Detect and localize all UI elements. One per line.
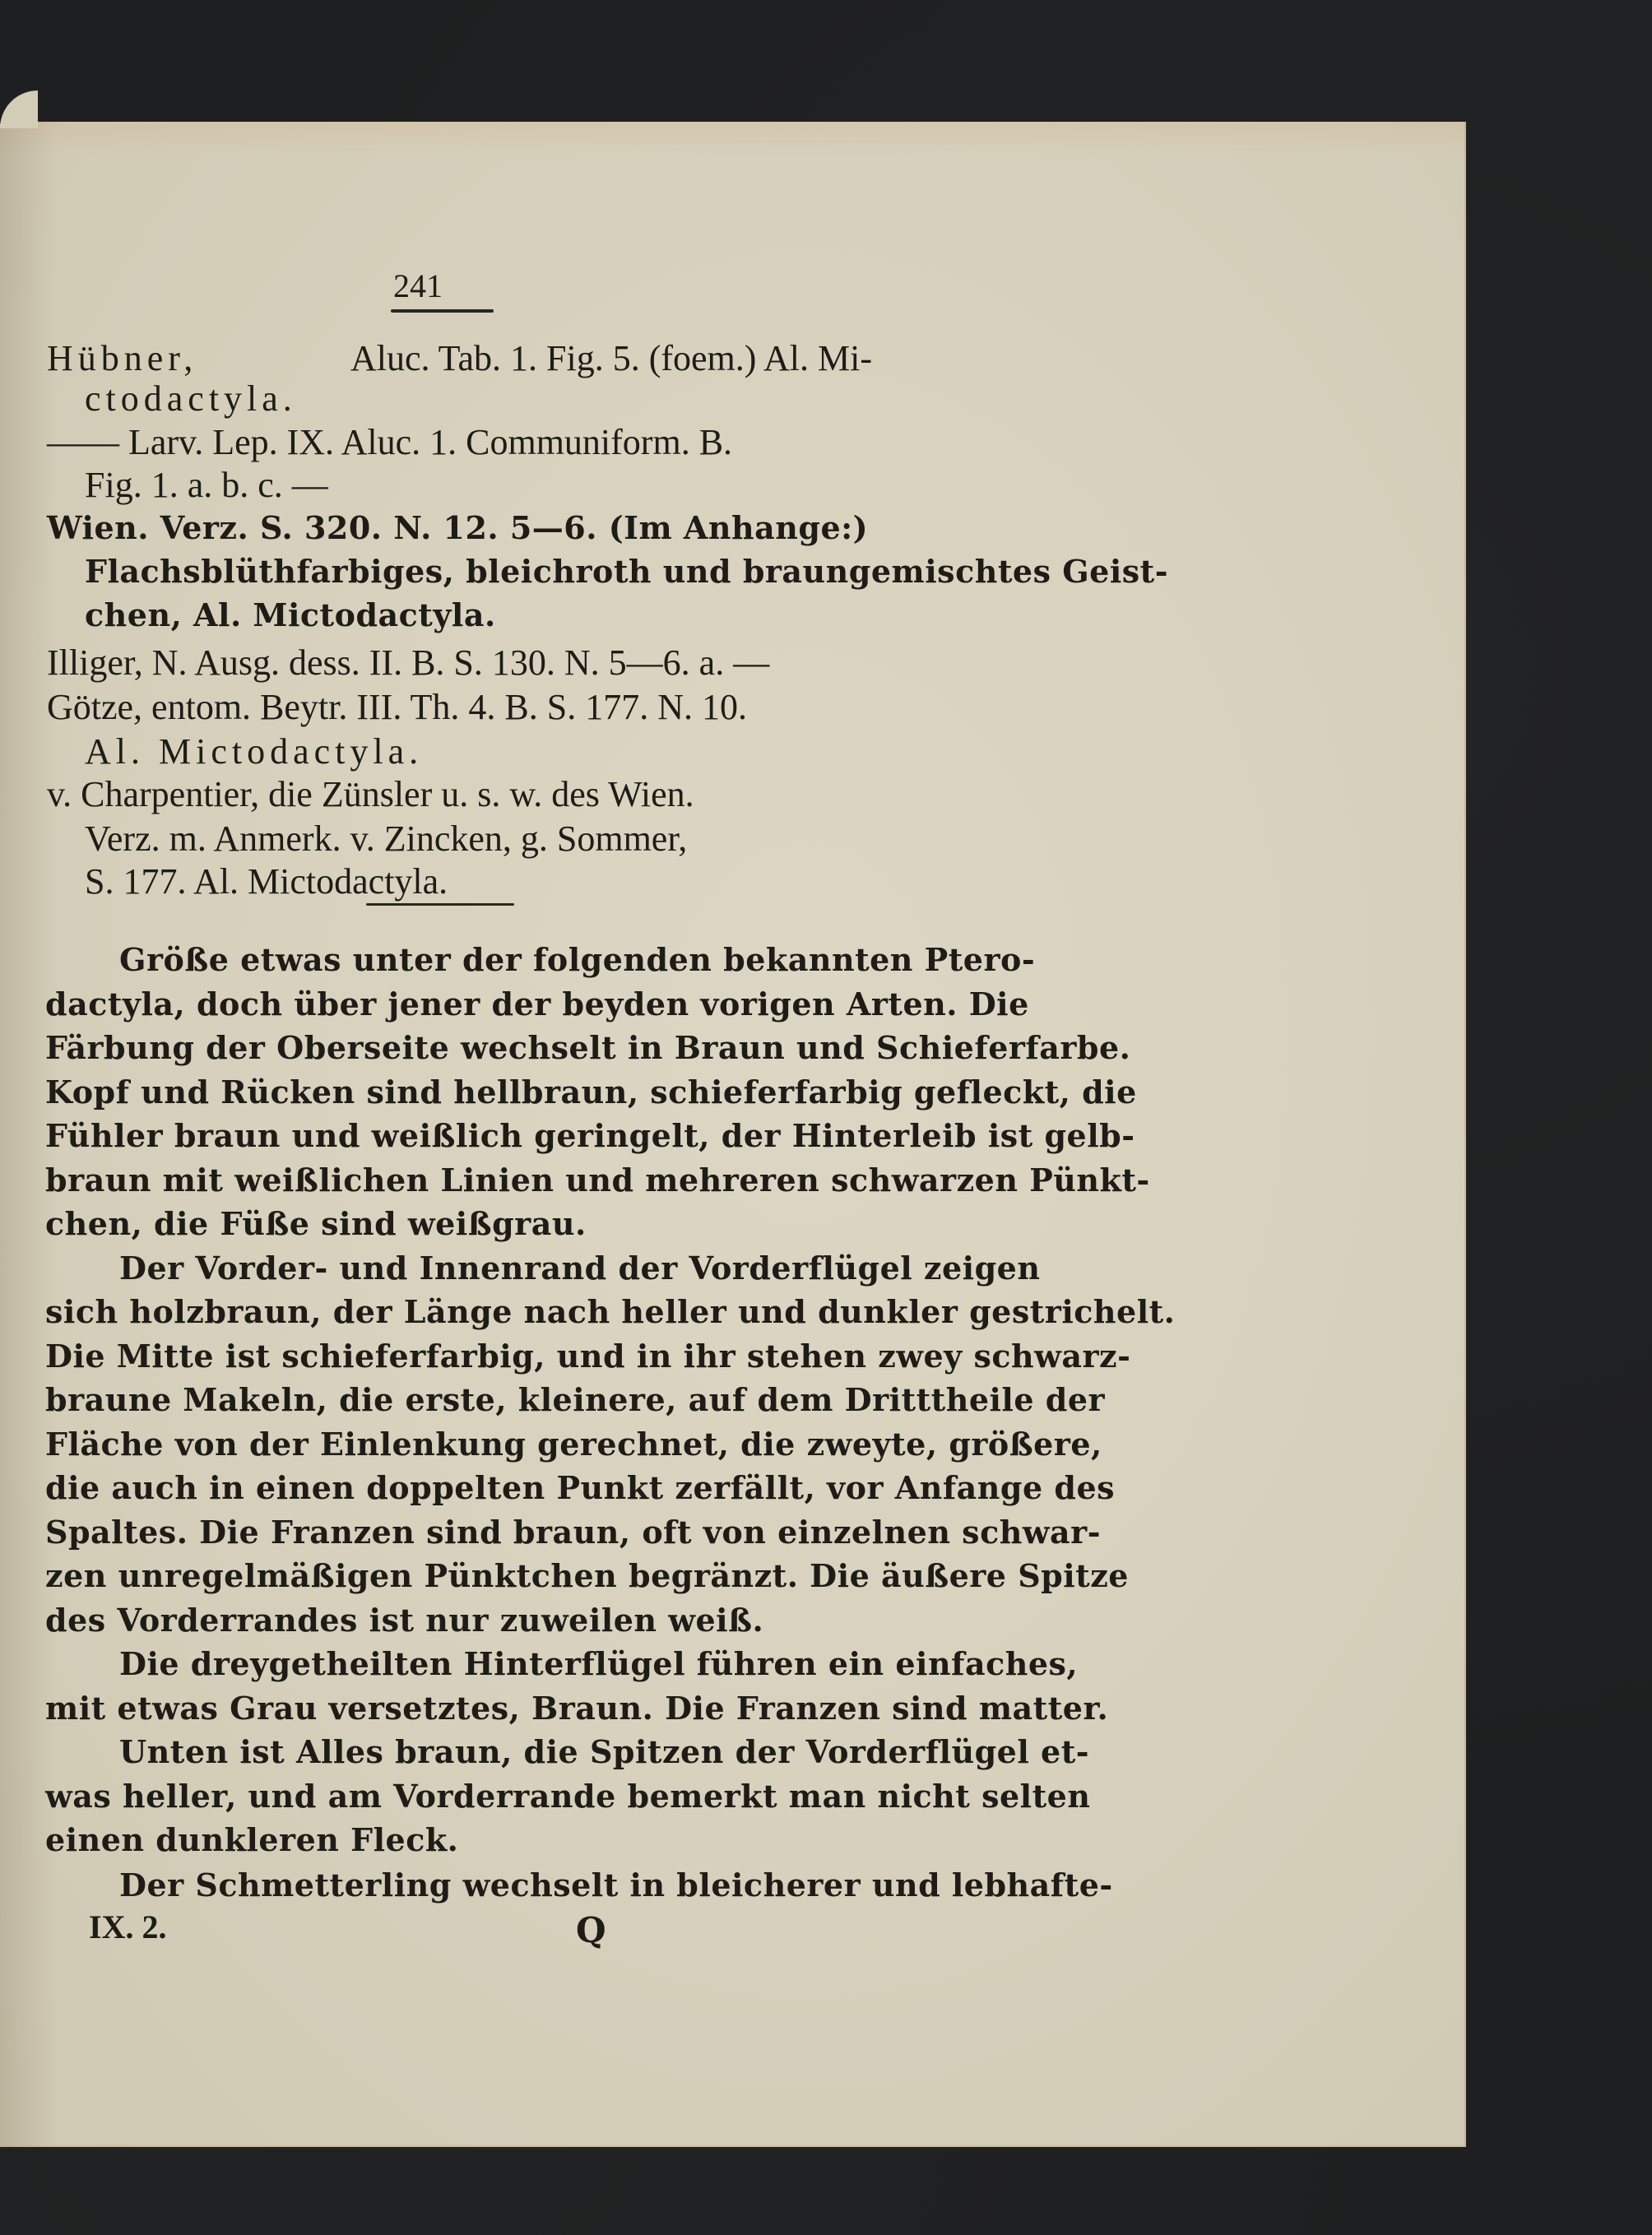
body-line: zen unregelmäßigen Pünktchen begränzt. D… xyxy=(45,1560,1129,1592)
book-page: 241 Hübner, Aluc. Tab. 1. Fig. 5. (foem.… xyxy=(0,122,1466,2147)
body-line: braune Makeln, die erste, kleinere, auf … xyxy=(45,1384,1105,1416)
reference-line: —— Larv. Lep. IX. Aluc. 1. Communiform. … xyxy=(47,424,872,461)
reference-line: Götze, entom. Beytr. III. Th. 4. B. S. 1… xyxy=(47,689,747,726)
reference-line: Illiger, N. Ausg. dess. II. B. S. 130. N… xyxy=(47,645,769,681)
body-line: dactyla, doch über jener der beyden vori… xyxy=(45,989,1029,1020)
reference-line: Flachsblüthfarbiges, bleichroth und brau… xyxy=(85,556,1168,587)
section-divider xyxy=(366,903,514,906)
reference-line: ctodactyla. xyxy=(85,381,297,417)
body-line: Färbung der Oberseite wechselt in Braun … xyxy=(45,1032,1130,1064)
body-line: Größe etwas unter der folgenden bekannte… xyxy=(119,944,1035,976)
reference-line: v. Charpentier, die Zünsler u. s. w. des… xyxy=(47,777,694,813)
signature-mark: IX. 2. xyxy=(89,1911,166,1944)
reference-line: Verz. m. Anmerk. v. Zincken, g. Sommer, xyxy=(85,821,687,857)
body-line: braun mit weißlichen Linien und mehreren… xyxy=(45,1165,1150,1196)
reference-line: chen, Al. Mictodactyla. xyxy=(85,600,496,631)
body-line: Fläche von der Einlenkung gerechnet, die… xyxy=(45,1429,1102,1460)
body-line: Der Schmetterling wechselt in bleicherer… xyxy=(119,1870,1113,1901)
body-line: Unten ist Alles braun, die Spitzen der V… xyxy=(119,1737,1089,1768)
body-line: die auch in einen doppelten Punkt zerfäl… xyxy=(45,1472,1115,1504)
body-line: des Vorderrandes ist nur zuweilen weiß. xyxy=(45,1605,763,1636)
reference-line: Fig. 1. a. b. c. — xyxy=(85,467,328,503)
reference-line: Wien. Verz. S. 320. N. 12. 5—6. (Im Anha… xyxy=(47,512,868,544)
body-line: sich holzbraun, der Länge nach heller un… xyxy=(45,1296,1175,1328)
body-line: chen, die Füße sind weißgrau. xyxy=(45,1208,587,1240)
body-line: Kopf und Rücken sind hellbraun, schiefer… xyxy=(45,1077,1137,1108)
page-number-rule xyxy=(391,309,494,313)
reference-line: Hübner, Aluc. Tab. 1. Fig. 5. (foem.) Al… xyxy=(47,337,872,379)
page-number: 241 xyxy=(393,270,443,303)
body-line: Die dreygetheilten Hinterflügel führen e… xyxy=(119,1648,1078,1680)
reference-line: S. 177. Al. Mictodactyla. xyxy=(85,864,448,900)
body-line: Fühler braun und weißlich geringelt, der… xyxy=(45,1120,1135,1152)
author-huebner: Hübner, xyxy=(47,337,197,379)
body-line: mit etwas Grau versetztes, Braun. Die Fr… xyxy=(45,1693,1108,1724)
reference-line: Al. Mictodactyla. xyxy=(85,734,423,770)
body-line: Spaltes. Die Franzen sind braun, oft von… xyxy=(45,1517,1101,1548)
catchword-mark: Q xyxy=(576,1913,606,1948)
body-line: Der Vorder- und Innenrand der Vorderflüg… xyxy=(119,1253,1041,1284)
body-line: Die Mitte ist schieferfarbig, und in ihr… xyxy=(45,1341,1130,1372)
body-line: einen dunkleren Fleck. xyxy=(45,1825,458,1856)
body-line: was heller, und am Vorderrande bemerkt m… xyxy=(45,1781,1090,1812)
